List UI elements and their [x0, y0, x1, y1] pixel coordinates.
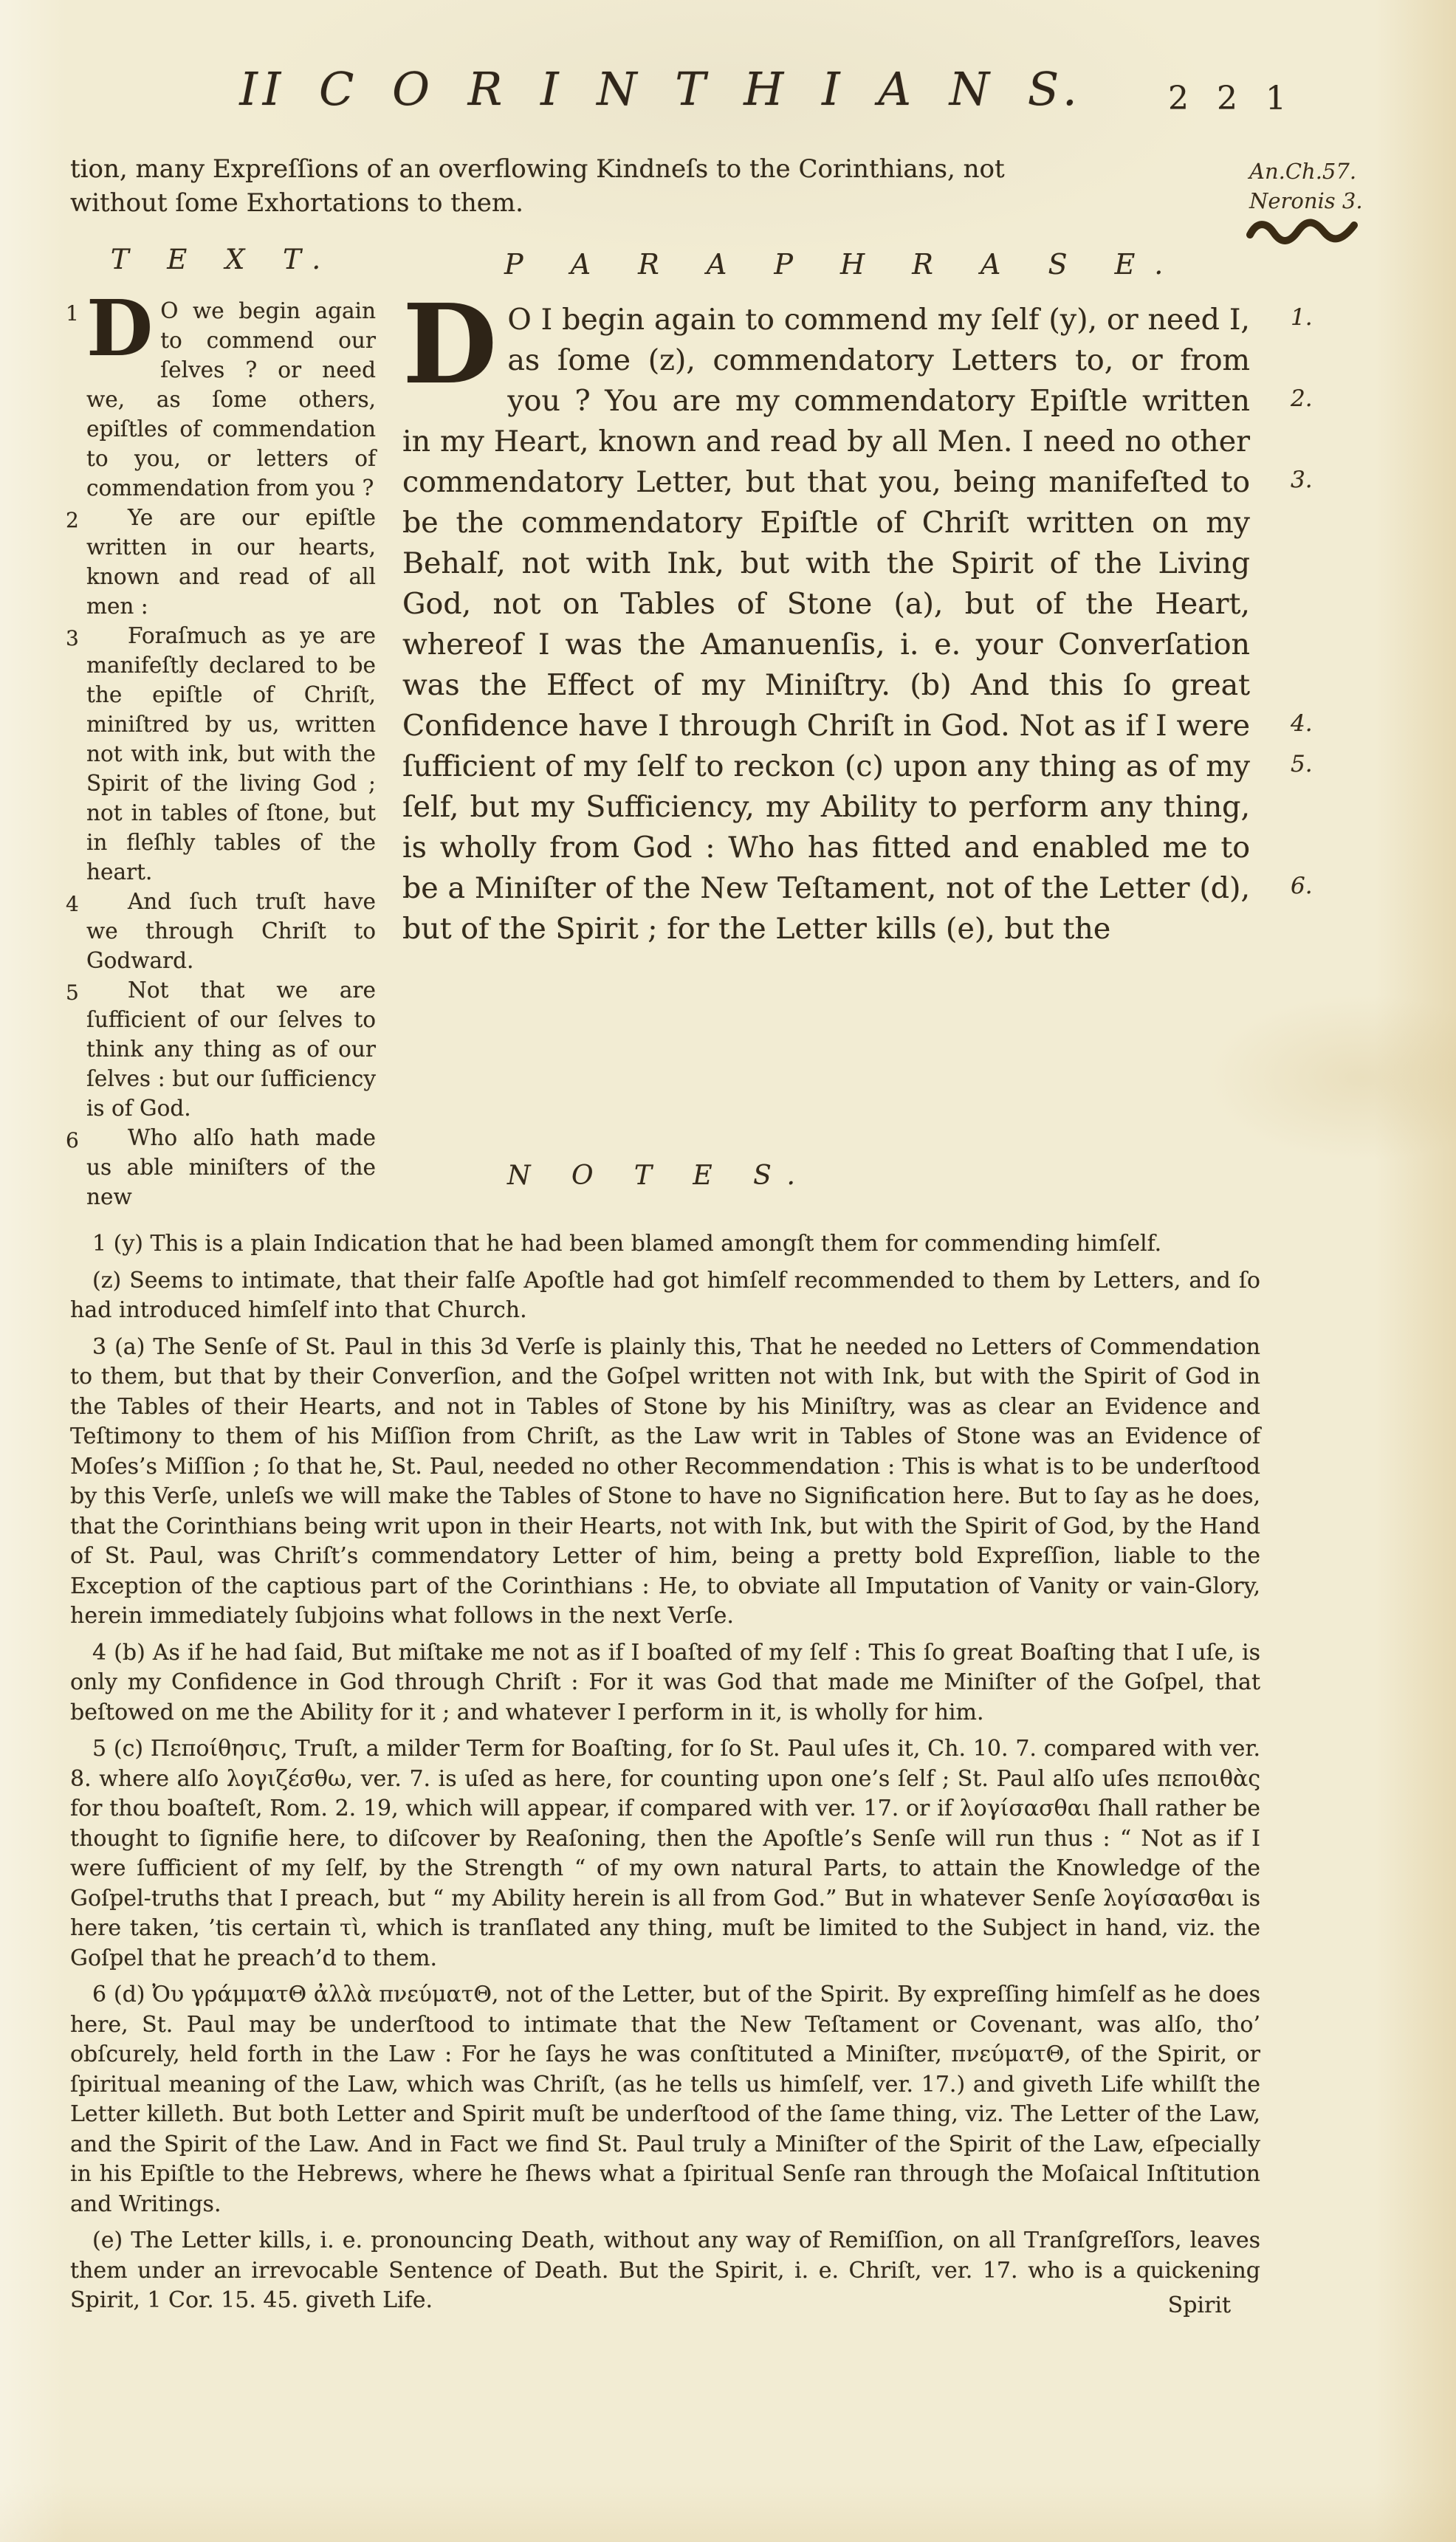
paraphrase-heading: P A R A P H R A S E.	[402, 248, 1250, 281]
note-item-2: (z) Seems to intimate, that their falſe …	[70, 1266, 1260, 1326]
book-page: II C O R I N T H I A N S. 2 2 1 tion, ma…	[0, 0, 1456, 2542]
verse-body-5: Not that we are ſufficient of our ſelves…	[86, 978, 376, 1121]
running-head: II C O R I N T H I A N S.	[70, 62, 1251, 116]
text-column-heading: T E X T.	[70, 244, 376, 275]
verse-paragraph-4: 4 And ſuch truſt have we through Chriſt …	[70, 887, 376, 975]
verse-paragraph-5: 5 Not that we are ſufficient of our ſelv…	[70, 975, 376, 1123]
verse-number-2: 2	[66, 506, 79, 535]
intro-line-1: tion, many Expreſſions of an overflowing…	[70, 152, 1246, 186]
note-item-3: 3 (a) The Senſe of St. Paul in this 3d V…	[70, 1333, 1260, 1632]
verse-body-2: Ye are our epiſtle written in our hearts…	[86, 505, 376, 619]
notes-section: N O T E S. 1 (y) This is a plain Indicat…	[70, 1161, 1260, 2318]
intro-line-2: without ſome Exhortations to them.	[70, 186, 1246, 220]
verse-number-3: 3	[66, 624, 79, 653]
verse-marker-5: 5.	[1291, 751, 1313, 777]
verse-paragraph-1: 1 D O we begin again to commend our ſelv…	[70, 296, 376, 503]
verse-marker-6: 6.	[1291, 873, 1313, 899]
marginal-note: An.Ch.57. Neronis 3.	[1249, 157, 1404, 255]
paraphrase-body: D O I begin again to commend my ſelf (y)…	[402, 300, 1250, 949]
note-item-1: 1 (y) This is a plain Indication that he…	[70, 1229, 1260, 1260]
verse-drop-cap: D	[86, 296, 160, 357]
text-column: T E X T. 1 D O we begin again to commend…	[70, 244, 376, 1212]
verse-body-4: And ſuch truſt have we through Chriſt to…	[86, 889, 376, 973]
paraphrase-drop-cap: D	[402, 300, 507, 382]
marginal-note-line-2: Neronis 3.	[1249, 186, 1404, 216]
chapter-title: II C O R I N T H I A N S.	[239, 62, 1082, 116]
page-number: 2 2 1	[1168, 80, 1295, 117]
catchword: Spirit	[1168, 2292, 1231, 2318]
verse-marker-1: 1.	[1291, 304, 1313, 331]
verse-number-5: 5	[66, 978, 79, 1008]
paraphrase-text: O I begin again to commend my ſelf (y), …	[402, 303, 1250, 946]
verse-number-4: 4	[66, 890, 79, 919]
flourish-squiggle-icon	[1246, 217, 1404, 255]
verse-paragraph-2: 2 Ye are our epiſtle written in our hear…	[70, 503, 376, 621]
note-item-6: 6 (d) Ὀυ γράμματΘ ἀλλὰ πνεύματΘ, not of …	[70, 1980, 1260, 2219]
verse-marker-3: 3.	[1291, 467, 1313, 493]
intro-paragraph: tion, many Expreſſions of an overflowing…	[70, 152, 1246, 220]
note-item-4: 4 (b) As if he had ſaid, But miſtake me …	[70, 1638, 1260, 1728]
marginal-note-line-1: An.Ch.57.	[1249, 157, 1404, 186]
verse-body-3: Foraſmuch as ye are manifeſtly declared …	[86, 623, 376, 884]
verse-marker-2: 2.	[1291, 385, 1313, 412]
verse-number-6: 6	[66, 1126, 79, 1155]
note-item-5: 5 (c) Πεποίθησις, Truſt, a milder Term f…	[70, 1734, 1260, 1974]
notes-heading: N O T E S.	[70, 1161, 1260, 1191]
verse-marker-4: 4.	[1291, 710, 1313, 737]
paraphrase-column: P A R A P H R A S E. D O I begin again t…	[402, 248, 1250, 949]
verse-number-1: 1	[66, 299, 79, 329]
verse-paragraph-3: 3 Foraſmuch as ye are manifeſtly declare…	[70, 621, 376, 887]
